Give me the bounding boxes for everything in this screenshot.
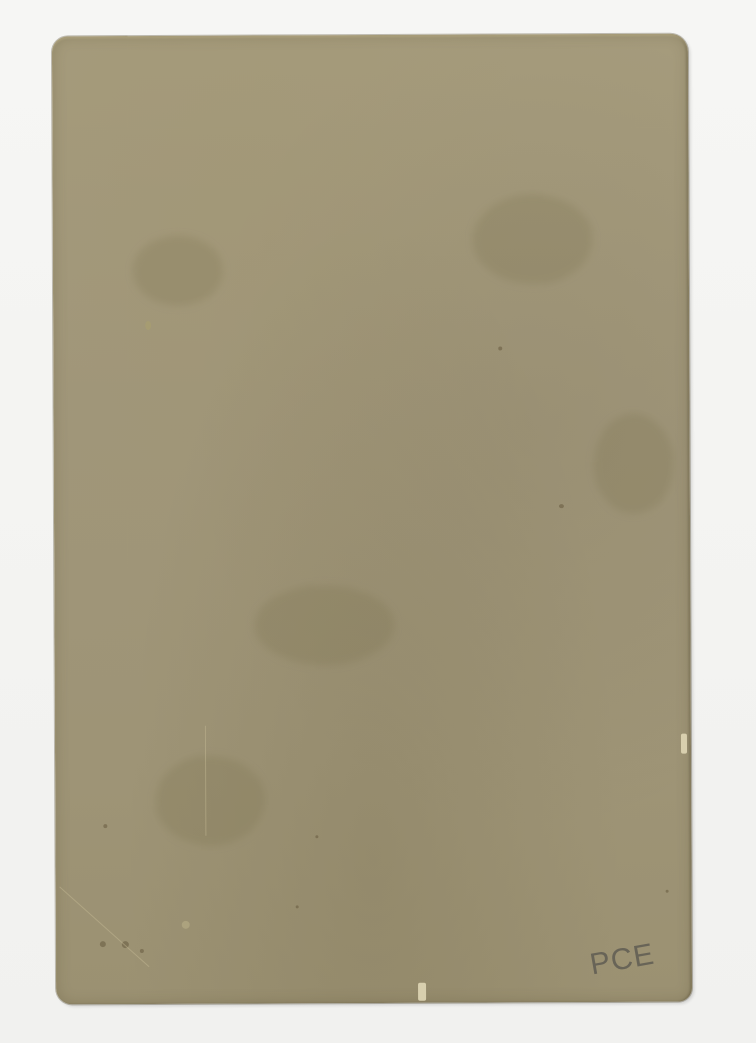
- spot: [559, 504, 564, 508]
- cabinet-card-back: [52, 34, 692, 1005]
- stain: [594, 414, 674, 514]
- crease: [59, 886, 149, 967]
- stain: [133, 236, 223, 306]
- spot: [182, 921, 190, 929]
- spot: [103, 824, 107, 828]
- edge-tear: [681, 734, 687, 754]
- edge-tear: [418, 983, 426, 1001]
- stain: [155, 755, 265, 845]
- spot: [315, 835, 318, 838]
- stain: [473, 194, 593, 285]
- spot: [140, 949, 144, 953]
- spot: [296, 905, 299, 908]
- spot: [666, 890, 669, 893]
- stain: [254, 585, 394, 666]
- spot: [145, 321, 151, 330]
- card-edge: [52, 34, 692, 1005]
- scanner-background: PCE: [0, 0, 756, 1043]
- spot: [498, 346, 502, 350]
- spot: [100, 941, 106, 947]
